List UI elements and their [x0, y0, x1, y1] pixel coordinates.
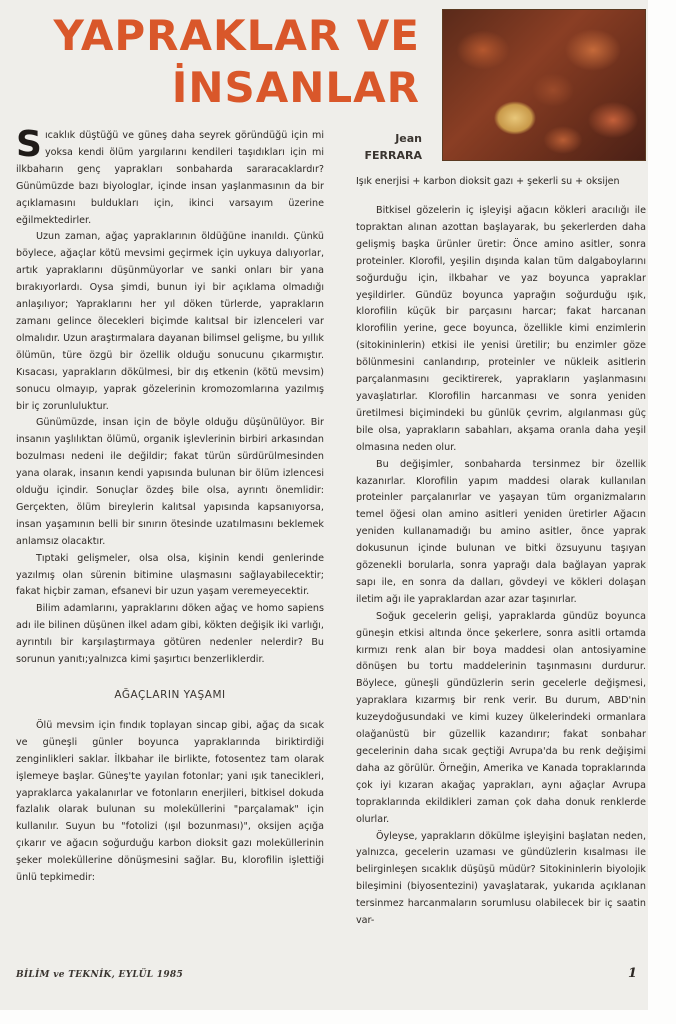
title-line-1: YAPRAKLAR VE	[40, 10, 420, 62]
article-title: YAPRAKLAR VE İNSANLAR	[40, 10, 420, 114]
paragraph: Öyleyse, yaprakların dökülme işleyişini …	[356, 829, 646, 930]
publication-footer: BİLİM ve TEKNİK, EYLÜL 1985	[16, 970, 183, 980]
paragraph: Soğuk gecelerin gelişi, yapraklarda günd…	[356, 609, 646, 829]
paragraph: Sıcaklık düştüğü ve güneş daha seyrek gö…	[16, 128, 324, 229]
paragraph: Bilim adamlarını, yapraklarını döken ağa…	[16, 601, 324, 669]
author-first-name: Jean	[340, 130, 422, 147]
paragraph: Ölü mevsim için fındık toplayan sincap g…	[16, 718, 324, 887]
right-column: Bitkisel gözelerin iç işleyişi ağacın kö…	[356, 203, 646, 930]
drop-cap: S	[16, 130, 42, 160]
title-line-2: İNSANLAR	[40, 62, 420, 114]
section-subheading: AĞAÇLARIN YAŞAMI	[16, 687, 324, 704]
left-column: Sıcaklık düştüğü ve güneş daha seyrek gö…	[16, 128, 324, 887]
paragraph: Bitkisel gözelerin iç işleyişi ağacın kö…	[356, 203, 646, 457]
page-number: 1	[628, 966, 637, 981]
paragraph: Uzun zaman, ağaç yapraklarının öldüğüne …	[16, 229, 324, 415]
paragraph: Günümüzde, insan için de böyle olduğu dü…	[16, 415, 324, 550]
author-last-name: FERRARA	[340, 147, 422, 164]
photosynthesis-formula: Işık enerjisi + karbon dioksit gazı + şe…	[356, 176, 646, 187]
author-byline: Jean FERRARA	[340, 130, 422, 164]
paragraph: Tıptaki gelişmeler, olsa olsa, kişinin k…	[16, 551, 324, 602]
paragraph: Bu değişimler, sonbaharda tersinmez bir …	[356, 457, 646, 609]
autumn-leaves-photo	[442, 9, 646, 161]
magazine-page: YAPRAKLAR VE İNSANLAR Jean FERRARA Işık …	[0, 0, 648, 1010]
